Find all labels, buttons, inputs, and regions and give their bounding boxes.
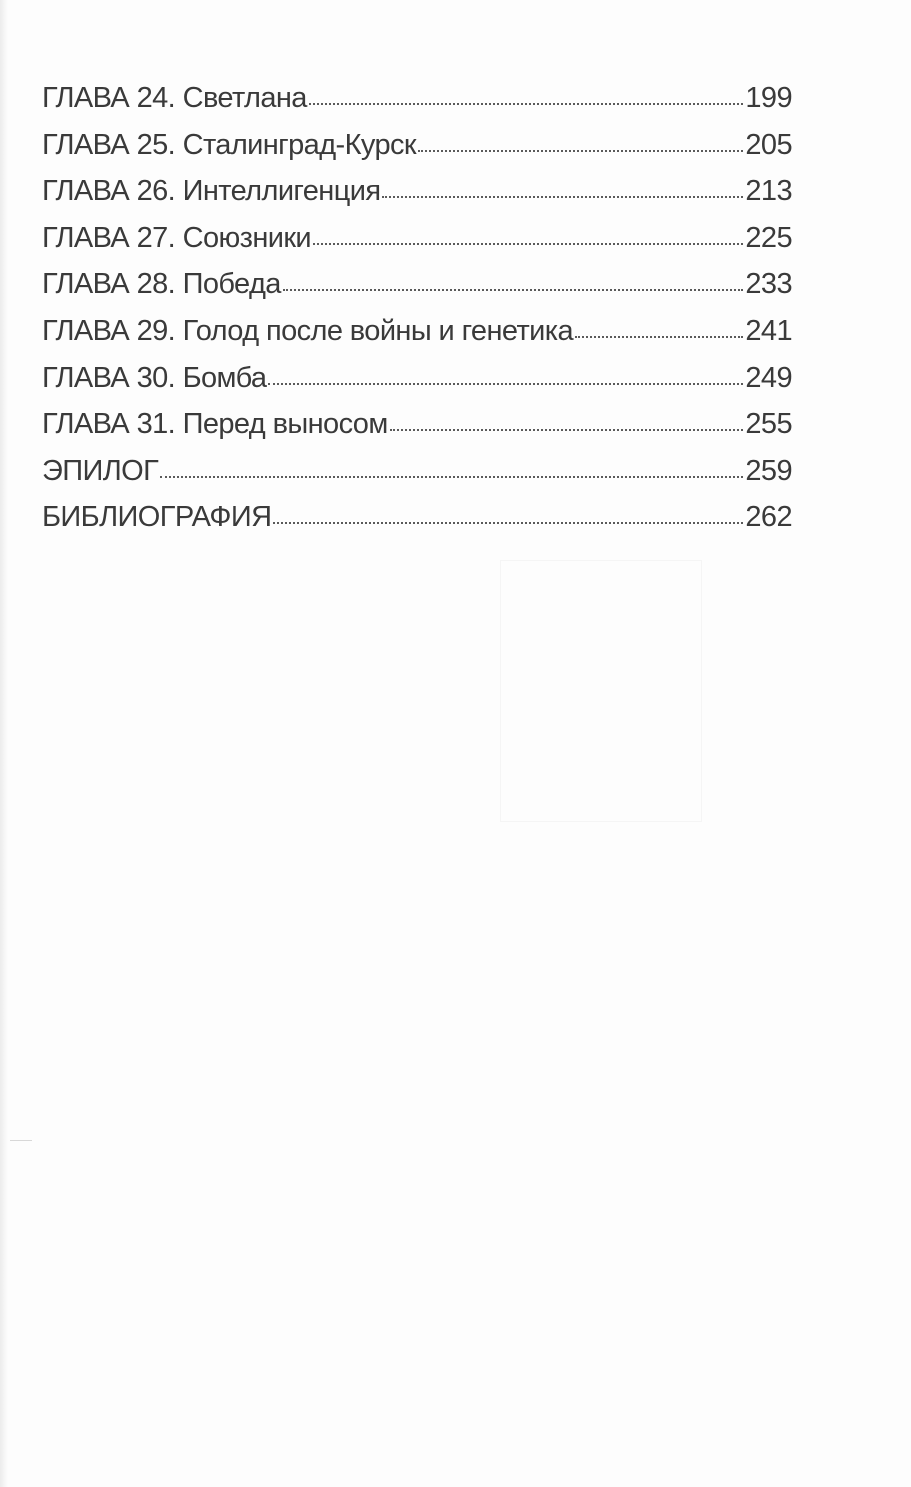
toc-entry[interactable]: БИБЛИОГРАФИЯ 262 — [42, 501, 792, 548]
toc-entry-title: ГЛАВА 26. Интеллигенция — [42, 175, 380, 208]
toc-entry[interactable]: ГЛАВА 30. Бомба 249 — [42, 362, 792, 409]
toc-entry[interactable]: ГЛАВА 24. Светлана 199 — [42, 82, 792, 129]
toc-entry-title: ГЛАВА 30. Бомба — [42, 362, 266, 395]
dot-leader — [390, 429, 744, 431]
dot-leader — [273, 522, 743, 524]
toc-entry-title: ГЛАВА 24. Светлана — [42, 82, 307, 115]
toc-entry-title: ГЛАВА 28. Победа — [42, 268, 281, 301]
toc-entry-page: 233 — [745, 268, 792, 301]
toc-entry-page: 249 — [745, 362, 792, 395]
toc-entry[interactable]: ГЛАВА 27. Союзники 225 — [42, 222, 792, 269]
dot-leader — [160, 476, 743, 478]
toc-entry[interactable]: ЭПИЛОГ 259 — [42, 455, 792, 502]
dot-leader — [418, 150, 743, 152]
toc-entry[interactable]: ГЛАВА 26. Интеллигенция 213 — [42, 175, 792, 222]
show-through-rule — [10, 1140, 32, 1141]
dot-leader — [268, 383, 743, 385]
show-through-block — [500, 560, 702, 822]
dot-leader — [575, 336, 743, 338]
dot-leader — [283, 289, 744, 291]
toc-entry-page: 213 — [745, 175, 792, 208]
toc-entry-title: ЭПИЛОГ — [42, 455, 158, 488]
dot-leader — [313, 243, 743, 245]
toc-entry-page: 199 — [745, 82, 792, 115]
dot-leader — [382, 196, 743, 198]
toc-entry-title: БИБЛИОГРАФИЯ — [42, 501, 271, 534]
toc-entry-page: 205 — [745, 129, 792, 162]
toc-entry[interactable]: ГЛАВА 28. Победа 233 — [42, 268, 792, 315]
toc-entry[interactable]: ГЛАВА 29. Голод после войны и генетика 2… — [42, 315, 792, 362]
toc-entry-page: 259 — [745, 455, 792, 488]
toc-entry-page: 262 — [745, 501, 792, 534]
toc-entry-title: ГЛАВА 31. Перед выносом — [42, 408, 388, 441]
dot-leader — [309, 103, 744, 105]
table-of-contents: ГЛАВА 24. Светлана 199 ГЛАВА 25. Сталинг… — [42, 82, 792, 548]
page-edge-shadow — [0, 0, 8, 1487]
toc-entry-title: ГЛАВА 25. Сталинград-Курск — [42, 129, 416, 162]
toc-entry-page: 225 — [745, 222, 792, 255]
toc-entry-page: 255 — [745, 408, 792, 441]
toc-entry-title: ГЛАВА 29. Голод после войны и генетика — [42, 315, 573, 348]
toc-entry[interactable]: ГЛАВА 31. Перед выносом 255 — [42, 408, 792, 455]
toc-entry[interactable]: ГЛАВА 25. Сталинград-Курск 205 — [42, 129, 792, 176]
toc-entry-title: ГЛАВА 27. Союзники — [42, 222, 311, 255]
toc-entry-page: 241 — [745, 315, 792, 348]
